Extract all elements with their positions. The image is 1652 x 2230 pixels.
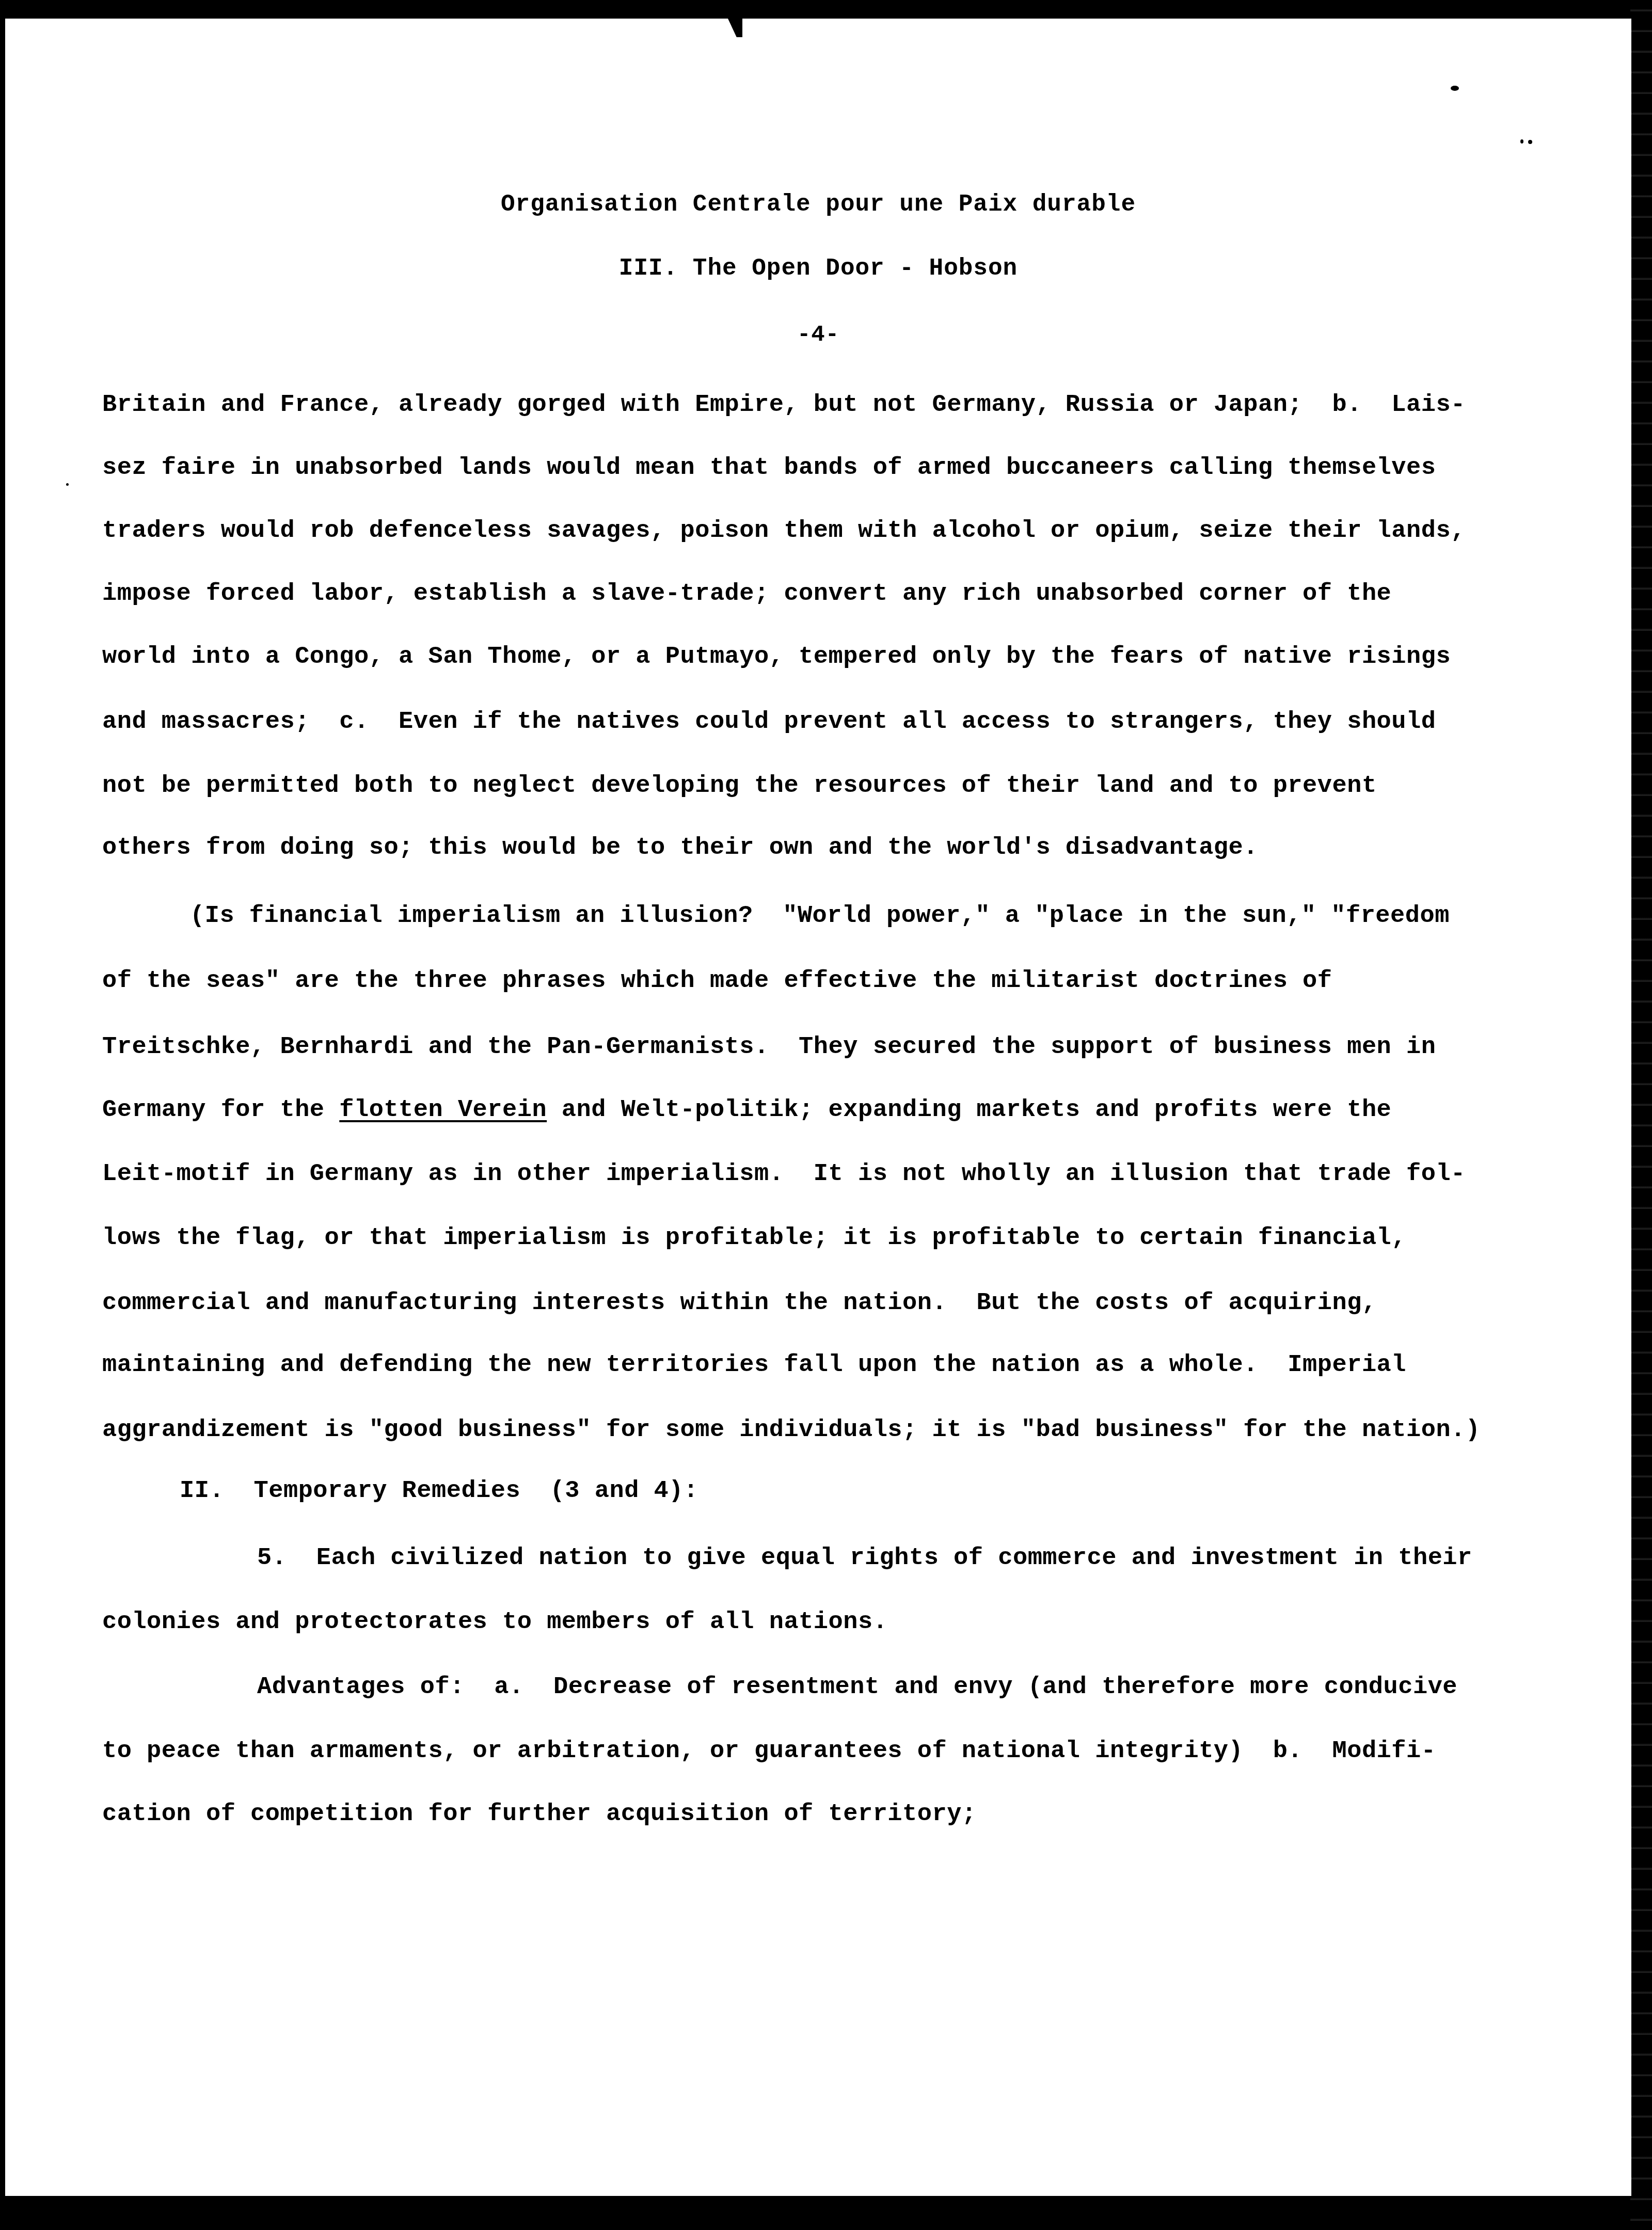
section-title: III. The Open Door - Hobson: [5, 255, 1631, 282]
text-line: 5. Each civilized nation to give equal r…: [257, 1544, 1472, 1572]
text-segment: and Welt-politik; expanding markets and …: [547, 1096, 1391, 1124]
text-line: (Is financial imperialism an illusion? "…: [190, 902, 1450, 930]
text-line: world into a Congo, a San Thome, or a Pu…: [102, 643, 1451, 671]
text-segment: Germany for the: [102, 1096, 339, 1124]
text-line: traders would rob defenceless savages, p…: [102, 517, 1466, 545]
scan-border-right: [1630, 0, 1652, 2230]
text-line: lows the flag, or that imperialism is pr…: [102, 1224, 1406, 1252]
document-page: Organisation Centrale pour une Paix dura…: [5, 19, 1631, 2196]
text-line: commercial and manufacturing interests w…: [102, 1289, 1377, 1317]
text-line: not be permitted both to neglect develop…: [102, 772, 1377, 800]
text-line: aggrandizement is "good business" for so…: [102, 1416, 1481, 1444]
text-line: of the seas" are the three phrases which…: [102, 967, 1332, 995]
text-line: sez faire in unabsorbed lands would mean…: [102, 454, 1436, 482]
scan-speck: [66, 483, 69, 486]
text-line: impose forced labor, establish a slave-t…: [102, 580, 1391, 608]
text-line: Germany for the flotten Verein and Welt-…: [102, 1096, 1391, 1124]
text-line: to peace than armaments, or arbitration,…: [102, 1738, 1436, 1765]
text-line: Britain and France, already gorged with …: [102, 391, 1466, 419]
text-line: Advantages of: a. Decrease of resentment…: [257, 1674, 1457, 1701]
scan-speck: [1520, 139, 1523, 144]
text-line: colonies and protectorates to members of…: [102, 1608, 887, 1636]
text-line: and massacres; c. Even if the natives co…: [102, 708, 1436, 736]
text-line: cation of competition for further acquis…: [102, 1801, 977, 1828]
scan-speck: [1528, 140, 1532, 144]
page-number: -4-: [5, 322, 1631, 348]
text-line: maintaining and defending the new territ…: [102, 1351, 1406, 1379]
text-line: Leit-motif in Germany as in other imperi…: [102, 1160, 1466, 1188]
section-heading: II. Temporary Remedies (3 and 4):: [180, 1477, 698, 1505]
text-line: others from doing so; this would be to t…: [102, 834, 1258, 862]
organisation-title: Organisation Centrale pour une Paix dura…: [5, 191, 1631, 218]
underlined-term: flotten Verein: [339, 1096, 547, 1124]
text-line: Treitschke, Bernhardi and the Pan-German…: [102, 1033, 1436, 1061]
scan-speck: [1451, 86, 1459, 91]
